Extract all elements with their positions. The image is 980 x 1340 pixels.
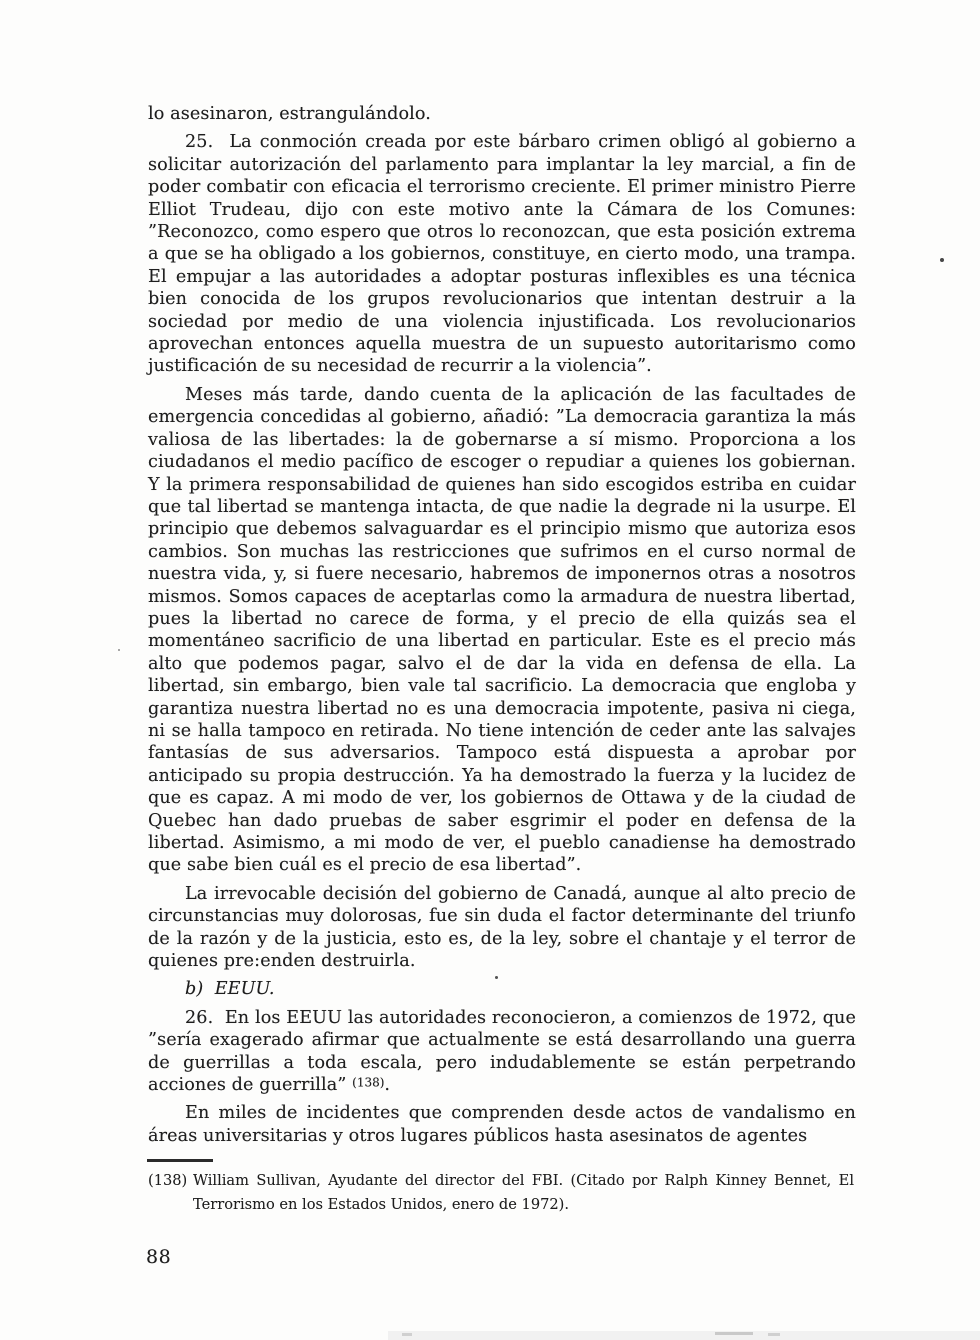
paragraph-continuation: lo asesinaron, estrangulándolo.: [148, 103, 856, 125]
page-number: 88: [146, 1246, 171, 1268]
scan-fleck: [768, 1333, 780, 1336]
body-text: lo asesinaron, estrangulándolo. 25. La c…: [148, 103, 856, 1147]
scanned-book-page: lo asesinaron, estrangulándolo. 25. La c…: [0, 0, 980, 1340]
footnote-text: William Sullivan, Ayudante del director …: [193, 1172, 854, 1213]
scan-fleck: [715, 1332, 753, 1335]
footnote-reference-138: (138): [352, 1076, 384, 1090]
paragraph-irrevocable-decision: La irrevocable decisión del gobierno de …: [148, 883, 856, 973]
paragraph-en-miles: En miles de incidentes que comprenden de…: [148, 1102, 856, 1147]
paragraph-26-tail: .: [384, 1075, 390, 1095]
scan-edge-shadow: [388, 1331, 980, 1340]
scan-speck: [940, 258, 944, 262]
scan-speck: [118, 649, 120, 651]
paragraph-26-text: 26. En los EEUU las autoridades reconoci…: [148, 1008, 856, 1095]
scan-speck: [495, 976, 498, 979]
scan-fleck: [402, 1333, 412, 1336]
section-label-eeuu: b) EEUU.: [148, 978, 856, 1000]
paragraph-meses-mas-tarde: Meses más tarde, dando cuenta de la apli…: [148, 384, 856, 877]
footnote-divider-rule: [147, 1159, 213, 1162]
footnote-marker: (138): [148, 1169, 187, 1193]
paragraph-26: 26. En los EEUU las autoridades reconoci…: [148, 1007, 856, 1097]
paragraph-25: 25. La conmoción creada por este bárbaro…: [148, 131, 856, 377]
footnote-138: (138) William Sullivan, Ayudante del dir…: [148, 1169, 854, 1216]
